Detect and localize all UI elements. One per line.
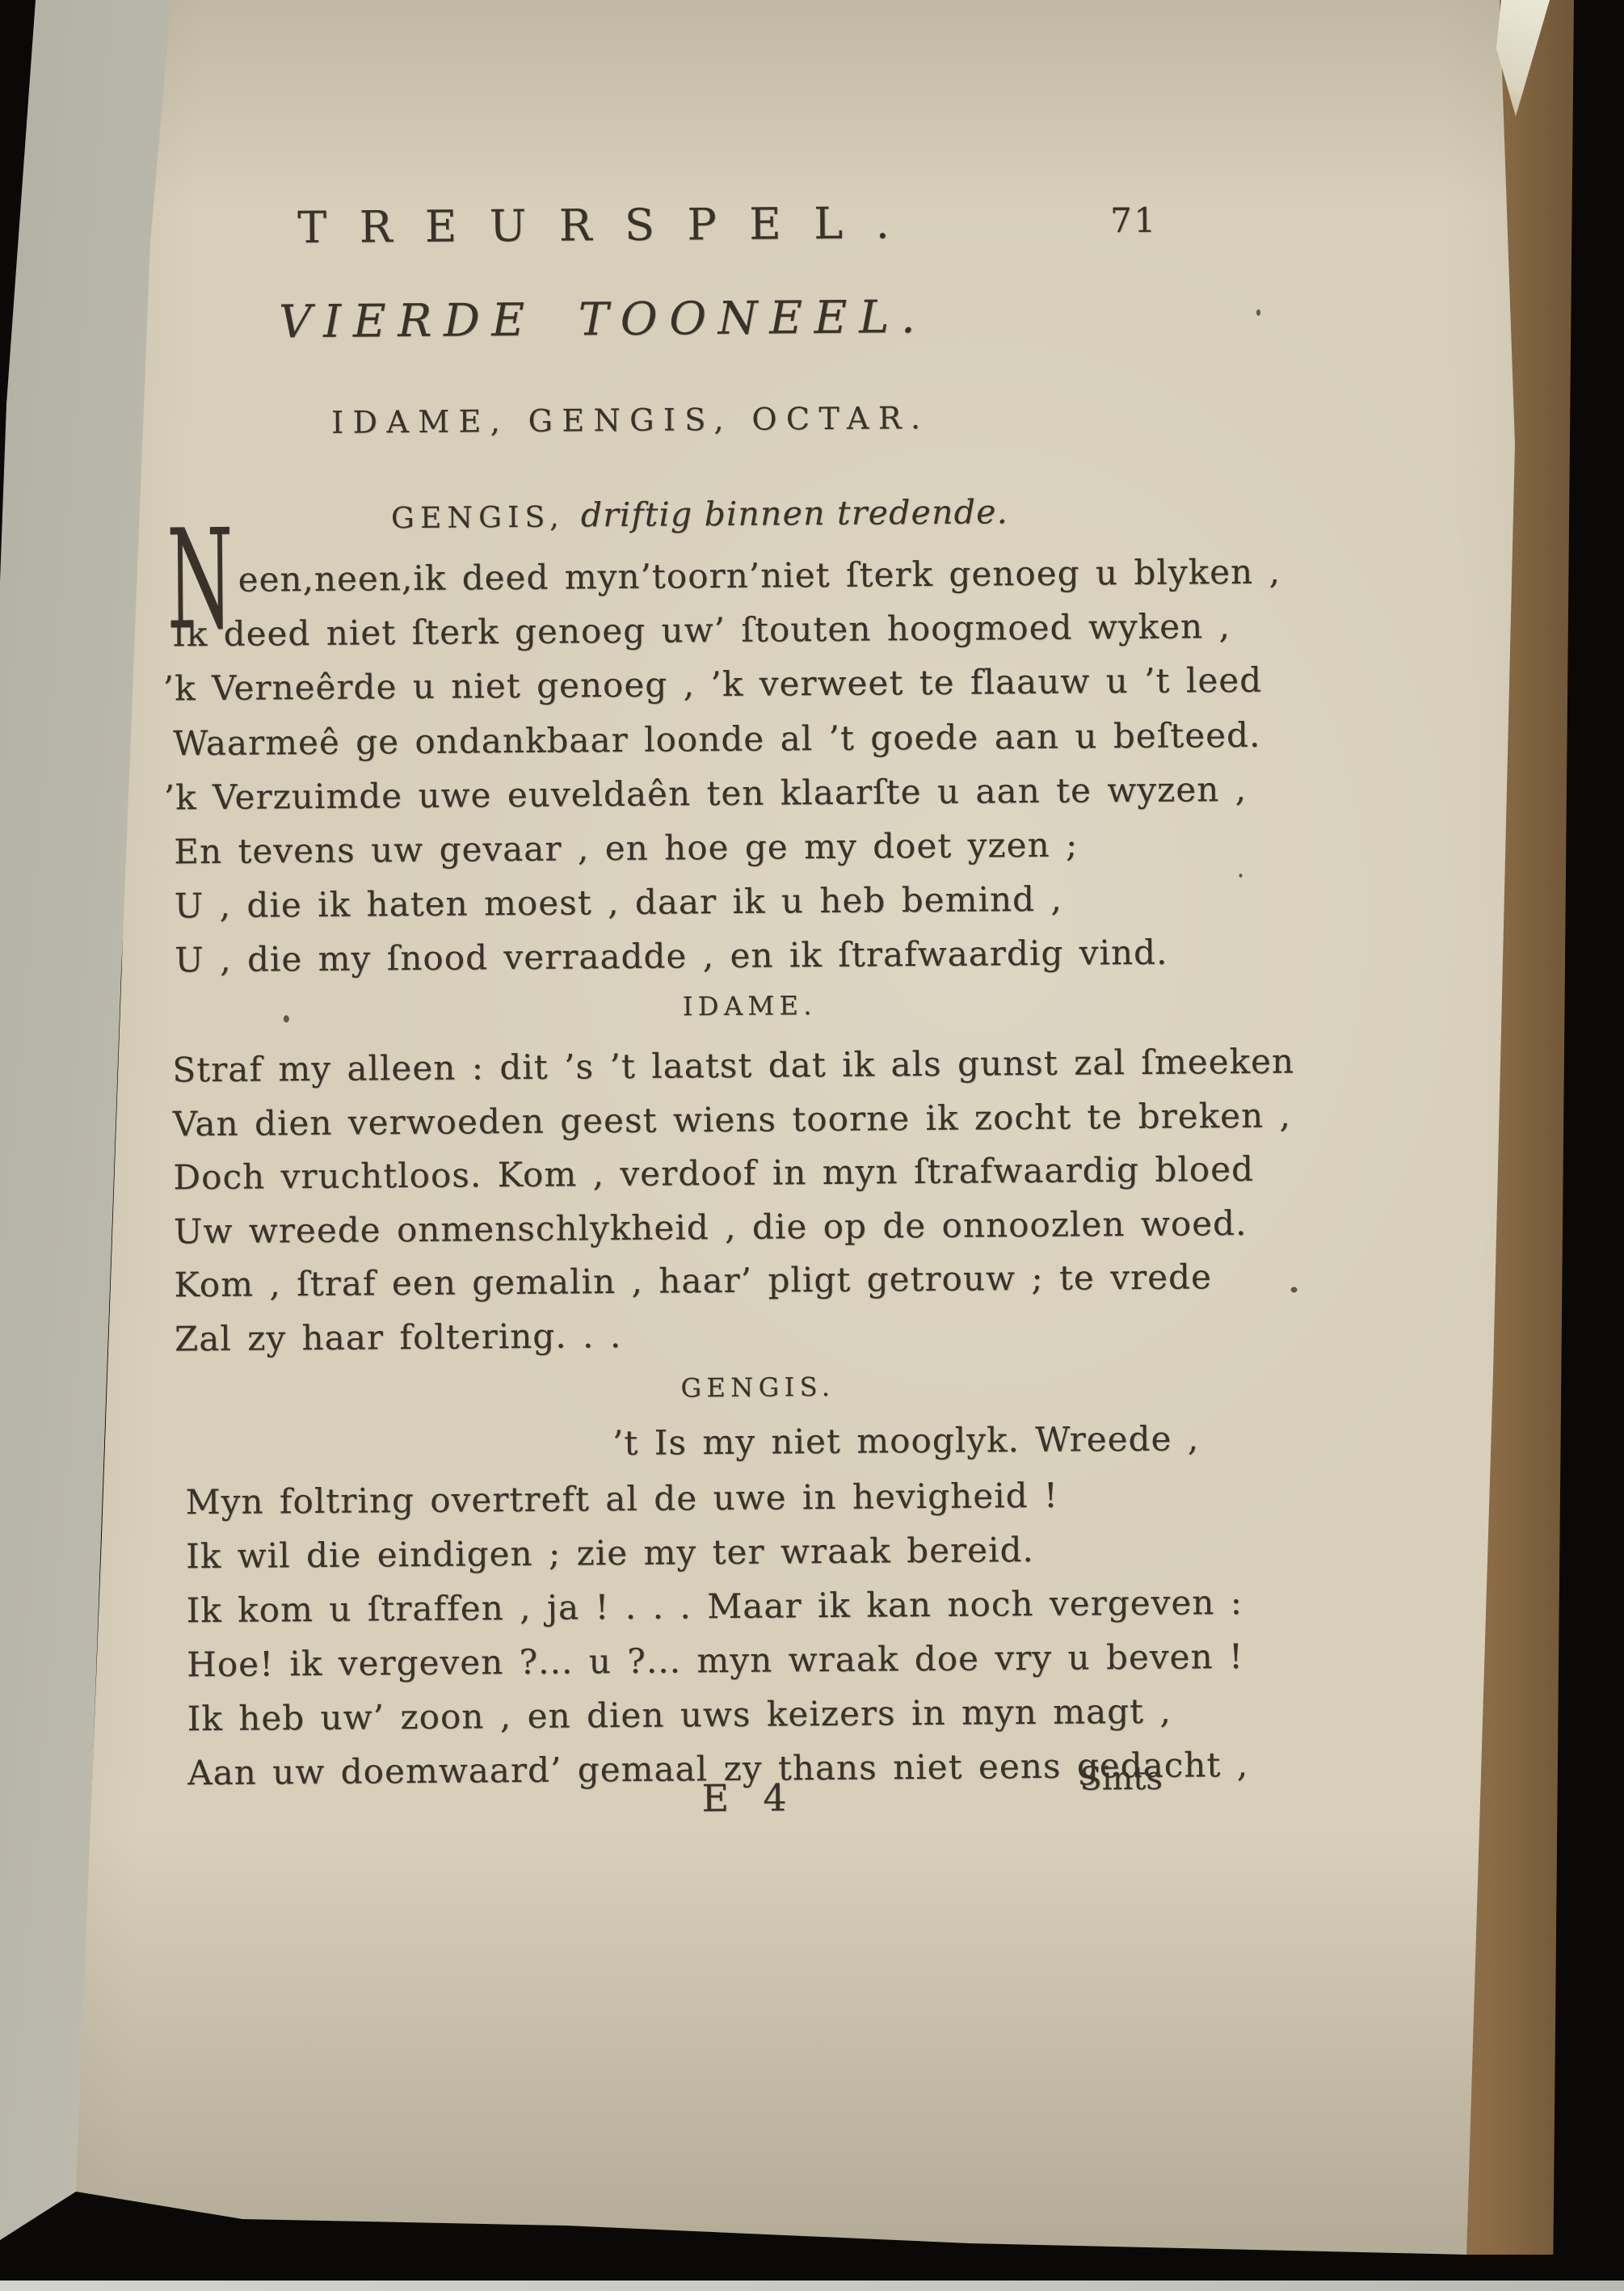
verse-line: Ik deed niet ſterk genoeg uw’ ſtouten ho… [172, 606, 1231, 654]
verse-line: Myn foltring overtreft al de uwe in hevi… [185, 1476, 1058, 1522]
stage-direction-speaker: GENGIS, [391, 501, 565, 536]
ink-speck [1256, 310, 1260, 316]
characters-line: IDAME, GENGIS, OCTAR. [331, 400, 930, 440]
catchword: Sints [1079, 1760, 1163, 1798]
book-photo: { "header": { "running_title": "TREURSPE… [0, 0, 1624, 2291]
ink-speck [1291, 1287, 1298, 1292]
verse-line: ’k Verzuimde uwe euveldaên ten klaarſte … [164, 769, 1247, 818]
page-text: TREURSPEL. 71 VIERDE TOONEEL. IDAME, GEN… [0, 0, 1624, 2291]
verse-line: U , die ik haten moest , daar ik u heb b… [175, 879, 1062, 926]
verse-line: Zal zy haar foltering. . . [175, 1316, 622, 1358]
stage-direction-text: driftig binnen tredende. [581, 492, 1009, 534]
verse-line: U , die my ſnood verraadde , en ik ſtraf… [175, 933, 1168, 980]
verse-line: een,neen,ik deed myn’toorn’niet ſterk ge… [238, 552, 1281, 600]
verse-line: Hoe! ik vergeven ?... u ?... myn wraak d… [187, 1636, 1243, 1684]
ink-speck [1239, 874, 1243, 878]
verse-line: Van dien verwoeden geest wiens toorne ik… [173, 1095, 1291, 1143]
verse-line: En tevens uw gevaar , en hoe ge my doet … [174, 825, 1078, 872]
verse-line: Waarmeê ge ondankbaar loonde al ’t goede… [173, 714, 1261, 763]
speaker-heading: IDAME. [683, 990, 817, 1021]
ink-speck [284, 1015, 289, 1022]
verse-line: Ik wil die eindigen ; zie my ter wraak b… [186, 1530, 1034, 1576]
scan-bottom-edge [0, 2280, 1624, 2291]
verse-line: Straf my alleen : dit ’s ’t laatst dat i… [172, 1041, 1294, 1089]
verse-line: Uw wreede onmenschlykheid , die op de on… [174, 1203, 1247, 1251]
verse-line: Ik kom u ſtraffen , ja ! . . . Maar ik k… [186, 1582, 1243, 1630]
verse-line: Doch vruchtloos. Kom , verdoof in myn ſt… [173, 1149, 1254, 1198]
page-number: 71 [1110, 200, 1158, 240]
speaker-heading: GENGIS. [680, 1371, 835, 1403]
stage-direction: GENGIS,driftig binnen tredende. [391, 492, 1008, 536]
running-title: TREURSPEL. [297, 197, 923, 253]
verse-line: ’k Verneêrde u niet genoeg , ’k verweet … [162, 660, 1262, 709]
signature-mark: E 4 [701, 1775, 797, 1820]
verse-line: Kom , ſtraf een gemalin , haar’ pligt ge… [174, 1257, 1212, 1305]
verse-line: ’t Is my niet mooglyk. Wreede , [612, 1418, 1200, 1463]
scene-heading: VIERDE TOONEEL. [279, 291, 928, 348]
verse-line: Ik heb uw’ zoon , en dien uws keizers in… [187, 1691, 1172, 1738]
